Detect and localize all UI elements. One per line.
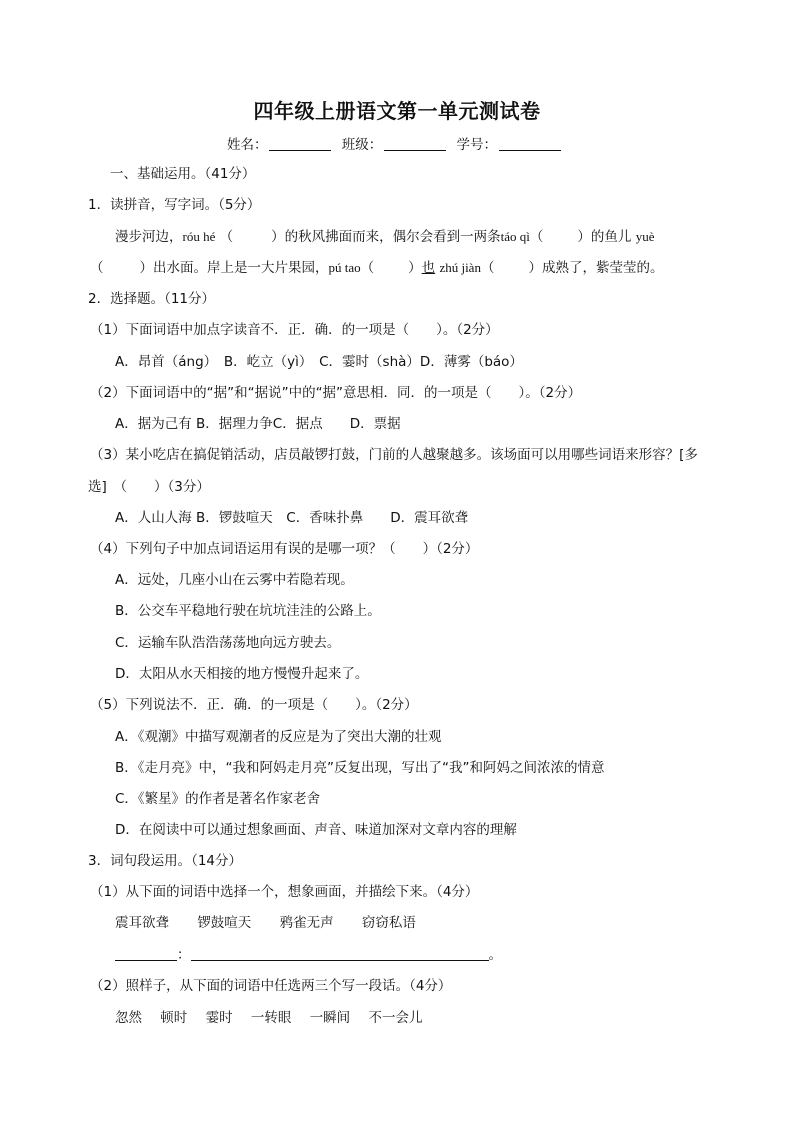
paren-open: （ bbox=[481, 260, 495, 276]
word: 窃窃私语 bbox=[362, 913, 416, 933]
word: 一瞬间 bbox=[310, 1008, 351, 1028]
question-1-line-2: （）出水面。岸上是一大片果园，pú tao（）也 zhú jiàn（）成熟了，紫… bbox=[90, 258, 663, 278]
section-1-heading: 一、基础运用。（41分） bbox=[110, 164, 255, 184]
word: 顿时 bbox=[160, 1008, 187, 1028]
chosen-word-blank[interactable] bbox=[115, 946, 177, 961]
question-3-1-answer-line: ：。 bbox=[115, 945, 502, 965]
question-2-4-option-d[interactable]: D．太阳从水天相接的地方慢慢升起来了。 bbox=[115, 664, 368, 684]
question-2-5-option-a[interactable]: A．《观潮》中描写观潮者的反应是为了突出大潮的壮观 bbox=[115, 727, 441, 747]
question-2-2-stem: （2）下面词语中的“据”和“据说”中的“据”意思相．同．的一项是（ ）。（2分） bbox=[90, 383, 581, 403]
text: ）的秋风拂面而来，偶尔会看到一两条 bbox=[271, 229, 501, 245]
question-2-4-option-c[interactable]: C．运输车队浩浩荡荡地向远方驶去。 bbox=[115, 633, 340, 653]
text: 漫步河边， bbox=[115, 229, 183, 245]
question-1-line-1: 漫步河边，róu hé （）的秋风拂面而来，偶尔会看到一两条táo qì（）的鱼… bbox=[115, 227, 654, 247]
paren-open: （ bbox=[530, 229, 544, 245]
question-2-5-option-d[interactable]: D．在阅读中可以通过想象画面、声音、味道加深对文章内容的理解 bbox=[115, 820, 517, 840]
word: 不一会儿 bbox=[368, 1008, 422, 1028]
text: ）的鱼儿 bbox=[577, 229, 631, 245]
question-3-heading: 3．词句段运用。（14分） bbox=[88, 851, 242, 871]
text: 也 bbox=[422, 260, 436, 276]
question-3-1-word-list: 震耳欲聋 锣鼓喧天 鸦雀无声 窃窃私语 bbox=[115, 913, 440, 933]
question-2-4-stem: （4）下列句子中加点词语运用有误的是哪一项？（ ）（2分） bbox=[90, 539, 478, 559]
class-label: 班级： bbox=[342, 137, 383, 153]
question-3-2-stem: （2）照样子，从下面的词语中任选两三个写一段话。（4分） bbox=[90, 976, 451, 996]
class-field[interactable] bbox=[384, 136, 446, 151]
student-info-row: 姓名： 班级： 学号： bbox=[0, 133, 794, 153]
question-1-heading: 1．读拼音，写字词。（5分） bbox=[88, 195, 260, 215]
word: 震耳欲聋 bbox=[115, 913, 169, 933]
name-label: 姓名： bbox=[227, 137, 268, 153]
question-2-5-option-b[interactable]: B．《走月亮》中，“我和阿妈走月亮”反复出现，写出了“我”和阿妈之间浓浓的情意 bbox=[115, 758, 605, 778]
word: 鸦雀无声 bbox=[280, 913, 334, 933]
question-2-1-stem: （1）下面词语中加点字读音不．正．确．的一项是（ ）。（2分） bbox=[90, 320, 499, 340]
paren-close: ） bbox=[408, 260, 422, 276]
pinyin: zhú jiàn bbox=[439, 260, 481, 275]
question-2-1-options[interactable]: A．昂首（áng） B．屹立（yì） C．霎时（shà）D．薄雾（báo） bbox=[115, 352, 523, 372]
text: ）成熟了，紫莹莹的。 bbox=[528, 260, 663, 276]
paren-open: （ bbox=[220, 229, 234, 245]
question-2-5-stem: （5）下列说法不．正．确．的一项是（ ）。（2分） bbox=[90, 695, 418, 715]
pinyin: róu hé bbox=[183, 229, 216, 244]
paren-open: （ bbox=[90, 260, 104, 276]
student-id-field[interactable] bbox=[499, 136, 561, 151]
pinyin: pú tao bbox=[329, 260, 361, 275]
question-2-4-option-a[interactable]: A．远处，几座小山在云雾中若隐若现。 bbox=[115, 570, 354, 590]
student-id-label: 学号： bbox=[457, 137, 498, 153]
question-2-heading: 2．选择题。（11分） bbox=[88, 289, 215, 309]
word: 霎时 bbox=[206, 1008, 233, 1028]
question-2-5-option-c[interactable]: C．《繁星》的作者是著名作家老舍 bbox=[115, 789, 320, 809]
question-2-2-options[interactable]: A．据为己有 B．据理力争C．据点 D．票据 bbox=[115, 414, 401, 434]
name-field[interactable] bbox=[269, 136, 331, 151]
page-title: 四年级上册语文第一单元测试卷 bbox=[0, 95, 794, 124]
paren-open: （ bbox=[361, 260, 375, 276]
pinyin: yuè bbox=[636, 229, 655, 244]
description-blank[interactable] bbox=[191, 946, 489, 961]
question-3-2-word-list: 忽然 顿时 霎时 一转眼 一瞬间 不一会儿 bbox=[115, 1008, 436, 1028]
question-2-3-options[interactable]: A．人山人海 B．锣鼓喧天 C．香味扑鼻 D．震耳欲聋 bbox=[115, 508, 468, 528]
question-3-1-stem: （1）从下面的词语中选择一个，想象画面，并描绘下来。（4分） bbox=[90, 882, 478, 902]
question-2-3-stem-cont: 选] （ ）（3分） bbox=[88, 477, 210, 497]
pinyin: táo qì bbox=[501, 229, 530, 244]
word: 忽然 bbox=[115, 1008, 142, 1028]
word: 锣鼓喧天 bbox=[197, 913, 251, 933]
question-2-4-option-b[interactable]: B．公交车平稳地行驶在坑坑洼洼的公路上。 bbox=[115, 601, 381, 621]
period: 。 bbox=[489, 947, 503, 963]
word: 一转眼 bbox=[251, 1008, 292, 1028]
question-2-3-stem: （3）某小吃店在搞促销活动，店员敲锣打鼓，门前的人越聚越多。该场面可以用哪些词语… bbox=[90, 445, 698, 465]
text: ）出水面。岸上是一大片果园， bbox=[140, 260, 329, 276]
colon: ： bbox=[177, 947, 191, 963]
